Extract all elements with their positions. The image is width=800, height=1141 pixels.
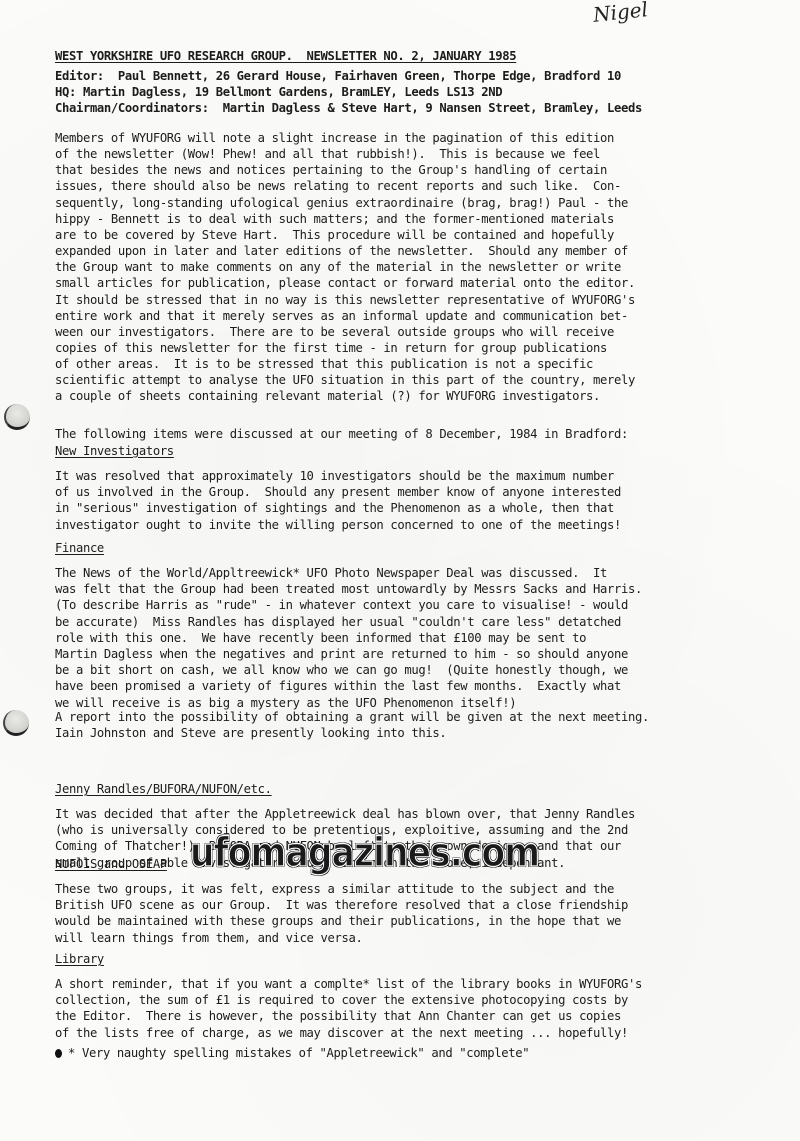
intro-line: copies of this newsletter for the first … [55,340,607,356]
intro-line: of the newsletter (Wow! Phew! and all th… [55,146,600,162]
punch-hole-icon [3,710,29,736]
paragraph-line: The News of the World/Appltreewick* UFO … [55,565,607,581]
paragraph-line: the Editor. There is however, the possib… [55,1008,621,1024]
intro-line: entire work and that it merely serves as… [55,308,628,324]
paragraph-line: It was decided that after the Appletreew… [55,806,635,822]
footnote-text: * Very naughty spelling mistakes of "App… [68,1046,529,1060]
paragraph-line: British UFO scene as our Group. It was t… [55,897,628,913]
paragraph-line: will learn things from them, and vice ve… [55,930,362,946]
intro-line: small articles for publication, please c… [55,275,635,291]
section-heading: NUFOIS and OSEAP [55,856,167,872]
intro-line: ween our investigators. There are to be … [55,324,614,340]
paragraph-line: Martin Dagless when the negatives and pr… [55,646,628,662]
paragraph-line: (To describe Harris as "rude" - in whate… [55,597,628,613]
paragraph-line: in "serious" investigation of sightings … [55,500,614,516]
intro-line: that besides the news and notices pertai… [55,162,607,178]
punch-hole-icon [4,404,30,430]
paragraph-line: was felt that the Group had been treated… [55,581,642,597]
intro-line: issues, there should also be news relati… [55,178,621,194]
section-heading: Finance [55,540,104,556]
ink-blot-icon [55,1049,62,1058]
intro-line: the Group want to make comments on any o… [55,259,621,275]
intro-line: of other areas. It is to be stressed tha… [55,356,593,372]
paragraph-line: Iain Johnston and Steve are presently lo… [55,725,446,741]
handwritten-annotation: Nigel [592,0,649,27]
paragraph-line: be accurate) Miss Randles has displayed … [55,614,621,630]
newsletter-title: WEST YORKSHIRE UFO RESEARCH GROUP. NEWSL… [55,48,516,64]
paragraph-line: role with this one. We have recently bee… [55,630,586,646]
paragraph-line: investigator ought to invite the willing… [55,517,621,533]
paragraph-line: have been promised a variety of figures … [55,678,621,694]
intro-line: sequently, long-standing ufological geni… [55,195,628,211]
meeting-intro: The following items were discussed at ou… [55,426,628,442]
newsletter-page: Nigel WEST YORKSHIRE UFO RESEARCH GROUP.… [0,0,800,1141]
editor-line: Editor: Paul Bennett, 26 Gerard House, F… [55,68,621,84]
hq-line: HQ: Martin Dagless, 19 Bellmont Gardens,… [55,84,502,100]
paragraph-line: These two groups, it was felt, express a… [55,881,614,897]
intro-line: It should be stressed that in no way is … [55,292,635,308]
watermark: ufomagazines.com [190,833,539,873]
section-heading: New Investigators [55,443,174,459]
intro-line: Members of WYUFORG will note a slight in… [55,130,614,146]
intro-line: expanded upon in later and later edition… [55,243,628,259]
intro-line: hippy - Bennett is to deal with such mat… [55,211,614,227]
paragraph-line: A short reminder, that if you want a com… [55,976,642,992]
chairman-line: Chairman/Coordinators: Martin Dagless & … [55,100,642,116]
paragraph-line: collection, the sum of £1 is required to… [55,992,628,1008]
section-heading: Library [55,951,104,967]
footnote: * Very naughty spelling mistakes of "App… [55,1045,529,1061]
paragraph-line: It was resolved that approximately 10 in… [55,468,614,484]
intro-line: a couple of sheets containing relevant m… [55,388,600,404]
paragraph-line: of the lists free of charge, as we may d… [55,1025,628,1041]
paragraph-line: of us involved in the Group. Should any … [55,484,621,500]
intro-line: scientific attempt to analyse the UFO si… [55,372,635,388]
paragraph-line: be a bit short on cash, we all know who … [55,662,628,678]
paragraph-line: would be maintained with these groups an… [55,913,621,929]
section-heading: Jenny Randles/BUFORA/NUFON/etc. [55,781,272,797]
paragraph-line: A report into the possibility of obtaini… [55,709,649,725]
intro-line: are to be covered by Steve Hart. This pr… [55,227,614,243]
